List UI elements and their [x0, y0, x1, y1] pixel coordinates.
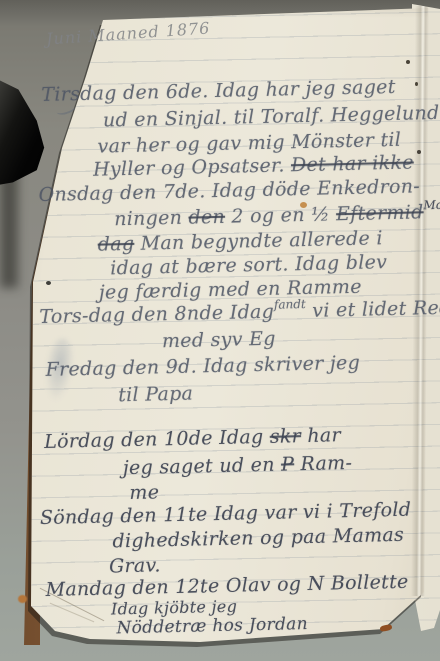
diary-line-tirsdag-2: ud en Sinjal. til Toralf. Heggelund: [103, 102, 440, 132]
diary-text: 2 og en ½: [225, 203, 337, 228]
handwriting-layer: Juni Maaned 1876 Tirsdag den 6de. Idag h…: [0, 0, 440, 661]
struck-text: Eftermid: [336, 201, 424, 225]
diary-line-mandag-3: Nöddetræ hos Jordan: [116, 614, 308, 638]
diary-line-onsdag-2: ningen den 2 og en ½ EftermidMorgen: [114, 200, 440, 230]
diary-line-sondag-3: Grav.: [109, 554, 161, 577]
clamp-shadow: [0, 168, 18, 288]
struck-text: den: [188, 206, 225, 229]
diary-line-sondag-2: dighedskirken og paa Mamas: [112, 524, 404, 553]
diary-text: Hyller og Opsatser.: [93, 154, 291, 180]
diary-line-lordag-3: me: [129, 481, 159, 504]
diary-text: jeg saget ud en: [123, 454, 282, 480]
diary-text: ningen: [114, 207, 189, 231]
struck-text: Det har ikke: [291, 151, 414, 176]
scanned-diary-page: Juni Maaned 1876 Tirsdag den 6de. Idag h…: [0, 0, 440, 661]
diary-line-torsdag-2: med syv Eg: [162, 328, 276, 353]
diary-month-header: Juni Maaned 1876: [46, 18, 211, 48]
diary-text: Man begyndte allerede i: [134, 227, 383, 255]
inserted-word: fandt: [274, 297, 306, 312]
struck-text: skr: [270, 425, 302, 448]
struck-text: dag: [98, 233, 135, 256]
diary-text: Lördag den 10de Idag: [44, 426, 270, 453]
diary-line-tirsdag-1: Tirsdag den 6de. Idag har jeg saget: [41, 76, 396, 106]
diary-text: vi et lidet Rede: [306, 296, 440, 322]
diary-text: Tors-dag den 8nde Idag: [39, 301, 274, 328]
diary-text: har: [301, 424, 341, 447]
diary-text: Ram-: [294, 452, 353, 475]
diary-line-fredag-1: Fredag den 9d. Idag skriver jeg: [45, 352, 360, 381]
diary-line-lordag-2: jeg saget ud en P Ram-: [123, 452, 353, 479]
diary-line-fredag-2: til Papa: [118, 383, 193, 407]
struck-text: P: [281, 453, 295, 475]
diary-line-lordag-1: Lördag den 10de Idag skr har: [44, 424, 341, 453]
inserted-word: Morgen: [423, 197, 440, 212]
